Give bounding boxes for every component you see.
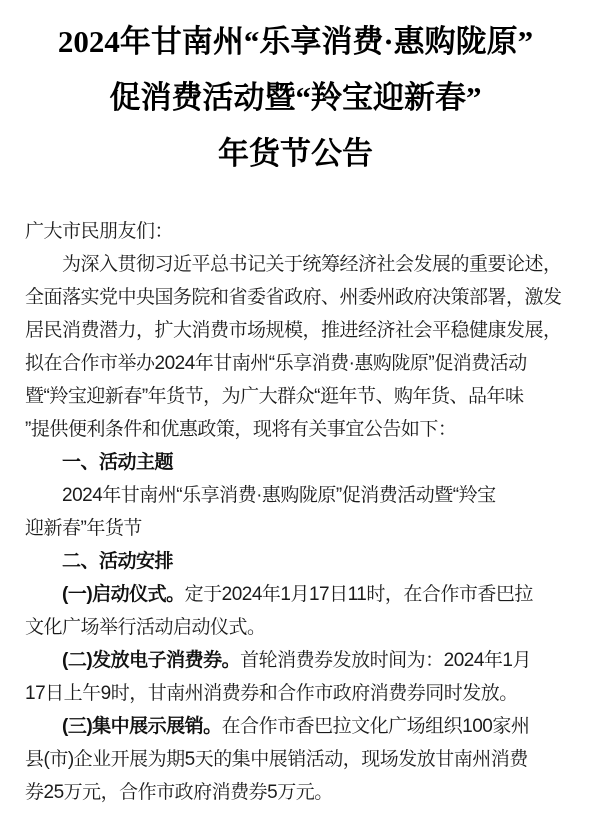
title-line-3: 年货节公告 <box>0 126 591 182</box>
text-run: 首轮消费券发放时间为：2024年1月 <box>240 650 531 671</box>
text-run: 全面落实党中央国务院和省委省政府、州委州政府决策部署，激发 <box>25 287 562 308</box>
paragraph-line: 暨“羚宝迎新春”年货节，为广大群众“逛年节、购年货、品年味 <box>25 380 566 413</box>
paragraph-line: 广大市民朋友们： <box>25 215 566 248</box>
text-run: 迎新春”年货节 <box>25 518 142 539</box>
text-run: 为深入贯彻习近平总书记关于统筹经济社会发展的重要论述， <box>62 254 562 275</box>
paragraph-line: 17日上午9时，甘南州消费券和合作市政府消费券同时发放。 <box>25 677 566 710</box>
paragraph-line: 券25万元，合作市政府消费券5万元。 <box>25 776 566 809</box>
paragraph-line: (二)发放电子消费券。首轮消费券发放时间为：2024年1月 <box>25 644 566 677</box>
text-run: 文化广场举行活动启动仪式。 <box>25 617 266 638</box>
paragraph-line: 迎新春”年货节 <box>25 512 566 545</box>
text-run: 17日上午9时，甘南州消费券和合作市政府消费券同时发放。 <box>25 683 518 704</box>
paragraph-line: 全面落实党中央国务院和省委省政府、州委州政府决策部署，激发 <box>25 281 566 314</box>
document-body: 广大市民朋友们：为深入贯彻习近平总书记关于统筹经济社会发展的重要论述，全面落实党… <box>0 215 591 809</box>
text-run: 暨“羚宝迎新春”年货节，为广大群众“逛年节、购年货、品年味 <box>25 386 523 407</box>
paragraph-line: 县(市)企业开展为期5天的集中展销活动，现场发放甘南州消费 <box>25 743 566 776</box>
announcement-page: 2024年甘南州“乐享消费·惠购陇原” 促消费活动暨“羚宝迎新春” 年货节公告 … <box>0 0 591 816</box>
bold-text-run: (一)启动仪式。 <box>62 584 185 605</box>
text-run: 拟在合作市举办2024年甘南州“乐享消费·惠购陇原”促消费活动 <box>25 353 527 374</box>
paragraph-line: (一)启动仪式。定于2024年1月17日11时，在合作市香巴拉 <box>25 578 566 611</box>
document-title: 2024年甘南州“乐享消费·惠购陇原” 促消费活动暨“羚宝迎新春” 年货节公告 <box>0 0 591 182</box>
text-run: 广大市民朋友们： <box>25 221 173 242</box>
paragraph-line: ”提供便利条件和优惠政策，现将有关事宜公告如下： <box>25 413 566 446</box>
text-run: ”提供便利条件和优惠政策，现将有关事宜公告如下： <box>25 419 456 440</box>
paragraph-line: (三)集中展示展销。在合作市香巴拉文化广场组织100家州 <box>25 710 566 743</box>
paragraph-line: 拟在合作市举办2024年甘南州“乐享消费·惠购陇原”促消费活动 <box>25 347 566 380</box>
section-heading: 二、活动安排 <box>25 545 566 578</box>
bold-text-run: (二)发放电子消费券。 <box>62 650 240 671</box>
bold-text-run: (三)集中展示展销。 <box>62 716 222 737</box>
text-run: 县(市)企业开展为期5天的集中展销活动，现场发放甘南州消费 <box>25 749 528 770</box>
paragraph-line: 为深入贯彻习近平总书记关于统筹经济社会发展的重要论述， <box>25 248 566 281</box>
paragraph-line: 居民消费潜力，扩大消费市场规模，推进经济社会平稳健康发展， <box>25 314 566 347</box>
text-run: 居民消费潜力，扩大消费市场规模，推进经济社会平稳健康发展， <box>25 320 562 341</box>
section-heading: 一、活动主题 <box>25 446 566 479</box>
bold-text-run: 二、活动安排 <box>62 551 173 572</box>
text-run: 在合作市香巴拉文化广场组织100家州 <box>222 716 530 737</box>
paragraph-line: 2024年甘南州“乐享消费·惠购陇原”促消费活动暨“羚宝 <box>25 479 566 512</box>
title-line-2: 促消费活动暨“羚宝迎新春” <box>0 70 591 126</box>
text-run: 券25万元，合作市政府消费券5万元。 <box>25 782 333 803</box>
text-run: 定于2024年1月17日11时，在合作市香巴拉 <box>185 584 533 605</box>
title-line-1: 2024年甘南州“乐享消费·惠购陇原” <box>0 14 591 70</box>
bold-text-run: 一、活动主题 <box>62 452 173 473</box>
paragraph-line: 文化广场举行活动启动仪式。 <box>25 611 566 644</box>
text-run: 2024年甘南州“乐享消费·惠购陇原”促消费活动暨“羚宝 <box>62 485 496 506</box>
